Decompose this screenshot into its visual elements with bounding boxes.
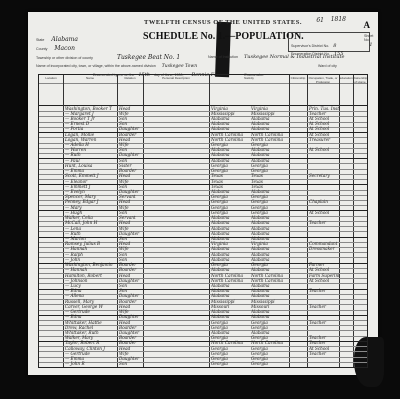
census-title: TWELFTH CENSUS OF THE UNITED STATES. bbox=[128, 19, 318, 26]
cell-name: — John R bbox=[65, 361, 117, 366]
sheet-no-field: Sheet No. 1 bbox=[364, 34, 378, 48]
col-header-education: Education bbox=[339, 76, 353, 80]
cell-occupation: Treasurer bbox=[309, 137, 339, 142]
cell-relation: Son bbox=[119, 361, 143, 366]
district-box: Supervisor's District No. 8 Enumeration … bbox=[288, 32, 370, 52]
schedule-title: SCHEDULE No. 1.—POPULATION. bbox=[143, 31, 304, 42]
cell-occupation: Chaplain bbox=[309, 199, 339, 204]
cell-occupation: Secretary bbox=[309, 173, 339, 178]
col-header-relation: Relation bbox=[117, 76, 143, 80]
col-header-name: Name bbox=[63, 76, 117, 80]
col-header-nativity: Nativity bbox=[209, 76, 289, 80]
col-header-ownership: Ownership of Home bbox=[353, 76, 367, 84]
sheet-letter: A bbox=[364, 20, 371, 30]
census-table: Location Name Relation Personal Descript… bbox=[38, 74, 368, 368]
cell-occupation: Teacher bbox=[309, 220, 339, 225]
cell-occupation: At School bbox=[309, 210, 339, 215]
page-number-handwritten: 1818 bbox=[331, 16, 346, 23]
cell-occupation: At School bbox=[309, 147, 339, 152]
cell-occupation: Teacher bbox=[309, 351, 339, 356]
col-header-occupation: Occupation, Trade, or Profession bbox=[307, 76, 339, 84]
cell-occupation: Teacher bbox=[309, 304, 339, 309]
cell-occupation: At School bbox=[309, 278, 339, 283]
cell-occupation: Teacher bbox=[309, 320, 339, 325]
census-page: TWELFTH CENSUS OF THE UNITED STATES. SCH… bbox=[28, 12, 378, 375]
col-header-location: Location bbox=[39, 76, 63, 80]
col-header-personal: Personal Description bbox=[143, 76, 209, 80]
col-header-citizenship: Citizenship bbox=[289, 76, 307, 80]
cell-birthplace: Georgia bbox=[251, 361, 289, 366]
cell-occupation: Teacher bbox=[309, 288, 339, 293]
cell-birthplace: Georgia bbox=[211, 361, 251, 366]
cell-occupation: Dressmaker bbox=[309, 246, 339, 251]
page-number-stamp: 61 bbox=[316, 17, 324, 24]
